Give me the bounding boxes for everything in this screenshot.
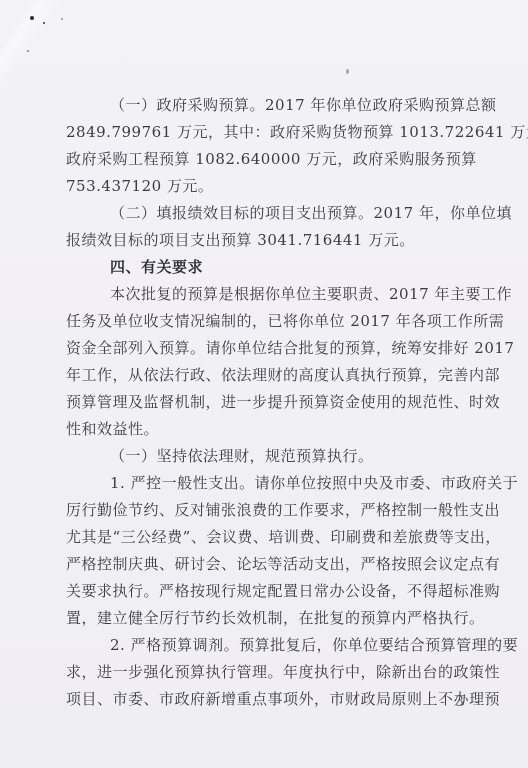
- text-line: 本次批复的预算是根据你单位主要职责、2017 年主要工作: [66, 281, 472, 308]
- scan-speck: [43, 22, 45, 24]
- text-line: 尤其是“三公经费”、会议费、培训费、印刷费和差旅费等支出，: [66, 524, 472, 551]
- text-line: 关要求执行。严格按现行规定配置日常办公设备，不得超标准购: [66, 578, 472, 605]
- text-line: 置，建立健全厉行节约长效机制，在批复的预算内严格执行。: [66, 605, 472, 632]
- text-line: 政府采购工程预算 1082.640000 万元，政府采购服务预算: [66, 146, 472, 173]
- text-line: （一）坚持依法理财，规范预算执行。: [66, 443, 472, 470]
- document-body: （一）政府采购预算。2017 年你单位政府采购预算总额2849.799761 万…: [66, 92, 472, 713]
- text-line: 预算管理及监督机制，进一步提升预算资金使用的规范性、时效: [66, 389, 472, 416]
- scan-speck: [30, 16, 34, 20]
- text-line: 严格控制庆典、研讨会、论坛等活动支出，严格按照会议定点有: [66, 551, 472, 578]
- text-line: 2. 严格预算调剂。预算批复后，你单位要结合预算管理的要: [66, 632, 472, 659]
- page-number: - 3 -: [440, 694, 482, 710]
- text-line: 资金全部列入预算。请你单位结合批复的预算，统筹安排好 2017: [66, 335, 472, 362]
- text-line: 753.437120 万元。: [66, 173, 472, 200]
- scan-speck: [346, 69, 349, 74]
- text-line: 2849.799761 万元，其中：政府采购货物预算 1013.722641 万…: [66, 119, 472, 146]
- text-line: （一）政府采购预算。2017 年你单位政府采购预算总额: [66, 92, 472, 119]
- scan-speck: [27, 50, 29, 52]
- text-line: 求，进一步强化预算执行管理。年度执行中，除新出台的政策性: [66, 659, 472, 686]
- text-line: 厉行勤俭节约、反对铺张浪费的工作要求，严格控制一般性支出: [66, 497, 472, 524]
- text-line: 报绩效目标的项目支出预算 3041.716441 万元。: [66, 227, 472, 254]
- text-line: 任务及单位收支情况编制的，已将你单位 2017 年各项工作所需: [66, 308, 472, 335]
- text-line: 年工作，从依法行政、依法理财的高度认真执行预算，完善内部: [66, 362, 472, 389]
- section-heading: 四、有关要求: [66, 254, 472, 281]
- scanned-page: （一）政府采购预算。2017 年你单位政府采购预算总额2849.799761 万…: [0, 0, 528, 768]
- scan-speck: [61, 18, 63, 20]
- text-line: 性和效益性。: [66, 416, 472, 443]
- text-line: 项目、市委、市政府新增重点事项外，市财政局原则上不办理预: [66, 686, 472, 713]
- text-line: 1. 严控一般性支出。请你单位按照中央及市委、市政府关于: [66, 470, 472, 497]
- text-line: （二）填报绩效目标的项目支出预算。2017 年，你单位填: [66, 200, 472, 227]
